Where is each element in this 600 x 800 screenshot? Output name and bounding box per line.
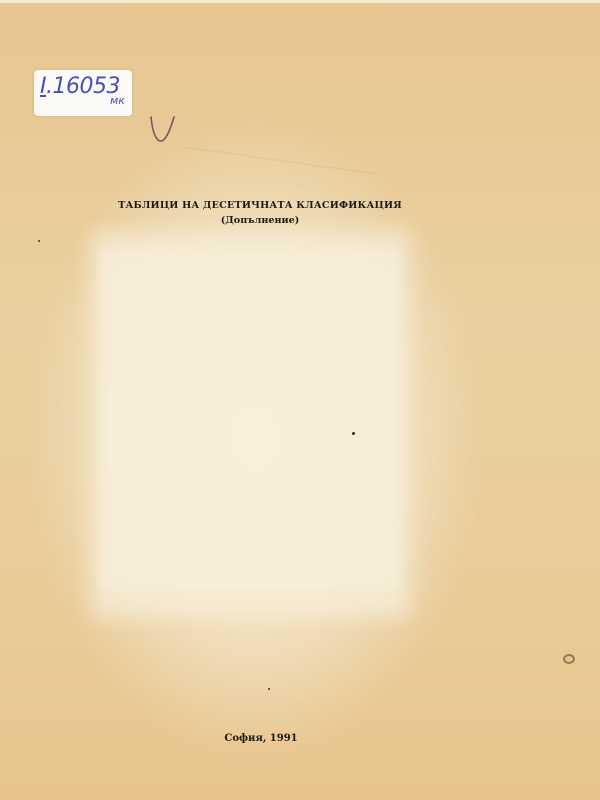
pencil-check-icon <box>148 113 176 145</box>
stain-spot <box>563 654 575 664</box>
catalog-number: I.16053 <box>40 74 120 99</box>
document-title: ТАБЛИЦИ НА ДЕСЕТИЧНАТА КЛАСИФИКАЦИЯ <box>0 200 520 211</box>
catalog-prefix: I <box>40 74 46 99</box>
ink-speck <box>38 240 40 242</box>
imprint-place-year: София, 1991 <box>0 733 522 744</box>
document-subtitle: (Допълнение) <box>0 215 520 226</box>
catalog-label: I.16053 мк <box>34 70 132 116</box>
ink-speck <box>268 688 270 690</box>
faded-panel-inner <box>100 250 400 590</box>
catalog-suffix: мк <box>110 94 125 107</box>
paper-crease <box>181 146 379 175</box>
page-bottom-edge <box>0 786 600 800</box>
page-top-edge <box>0 0 600 3</box>
ink-speck <box>352 432 355 435</box>
scanned-page: I.16053 мк ТАБЛИЦИ НА ДЕСЕТИЧНАТА КЛАСИФ… <box>0 0 600 800</box>
